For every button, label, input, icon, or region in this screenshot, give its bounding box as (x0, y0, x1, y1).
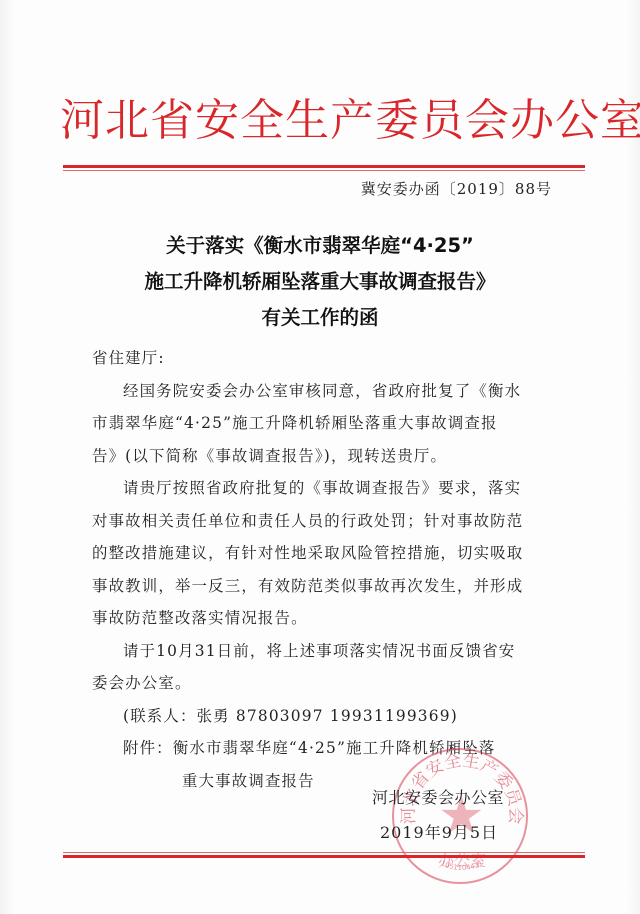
letterhead-org-name: 河北省安全生产委员会办公室 (60, 86, 580, 156)
paragraph-forwarding: 经国务院安委会办公室审核同意，省政府批复了《衡水 市翡翠华庭“4·25”施工升降… (92, 375, 552, 473)
title-line: 施工升降机轿厢坠落重大事故调查报告》 (60, 264, 580, 300)
footer-divider-thick (63, 855, 585, 858)
document-page: 河北省安全生产委员会办公室 冀安委办函〔2019〕88号 关于落实《衡水市翡翠华… (0, 0, 640, 914)
paragraph-line: 对事故相关责任单位和责任人员的行政处罚；针对事故防范 (92, 505, 552, 538)
paragraph-line: 委会办公室。 (92, 667, 552, 700)
paragraph-requirements: 请贵厅按照省政府批复的《事故调查报告》要求，落实 对事故相关责任单位和责任人员的… (92, 472, 552, 635)
signature-org: 河北安委会办公室 (372, 785, 504, 808)
salutation: 省住建厅: (92, 342, 552, 375)
letterhead-divider-thick (63, 165, 585, 168)
paragraph-line: 请贵厅按照省政府批复的《事故调查报告》要求，落实 (92, 472, 552, 505)
title-line: 关于落实《衡水市翡翠华庭“4·25” (60, 228, 580, 264)
contact-info: (联系人：张勇 87803097 19931199369) (92, 700, 552, 733)
title-line: 有关工作的函 (60, 300, 580, 336)
paragraph-line: 经国务院安委会办公室审核同意，省政府批复了《衡水 (92, 375, 552, 408)
svg-text:办公室: 办公室 (438, 851, 486, 870)
contact-text: (联系人：张勇 87803097 19931199369) (92, 700, 552, 733)
paragraph-line: 请于10月31日前，将上述事项落实情况书面反馈省安 (92, 635, 552, 668)
footer-divider-thin (63, 852, 585, 853)
document-body: 省住建厅: 经国务院安委会办公室审核同意，省政府批复了《衡水 市翡翠华庭“4·2… (92, 342, 552, 797)
document-number: 冀安委办函〔2019〕88号 (361, 178, 552, 199)
letterhead-divider-thin (63, 170, 585, 171)
paragraph-line: 事故教训，举一反三，有效防范类似事故再次发生，并形成 (92, 570, 552, 603)
paragraph-line: 告》(以下简称《事故调查报告》)，现转送贵厅。 (92, 440, 552, 473)
signature-date: 2019年9月5日 (380, 820, 498, 843)
paragraph-line: 的整改措施建议，有针对性地采取风险管控措施，切实吸取 (92, 537, 552, 570)
paragraph-line: 事故防范整改落实情况报告。 (92, 602, 552, 635)
paragraph-deadline: 请于10月31日前，将上述事项落实情况书面反馈省安 委会办公室。 (92, 635, 552, 700)
salutation-text: 省住建厅: (92, 342, 552, 375)
official-seal: 河北省安全生产委员会 1051104431 办公室 ★ (392, 748, 528, 884)
document-title: 关于落实《衡水市翡翠华庭“4·25” 施工升降机轿厢坠落重大事故调查报告》 有关… (60, 228, 580, 336)
paragraph-line: 市翡翠华庭“4·25”施工升降机轿厢坠落重大事故调查报 (92, 407, 552, 440)
